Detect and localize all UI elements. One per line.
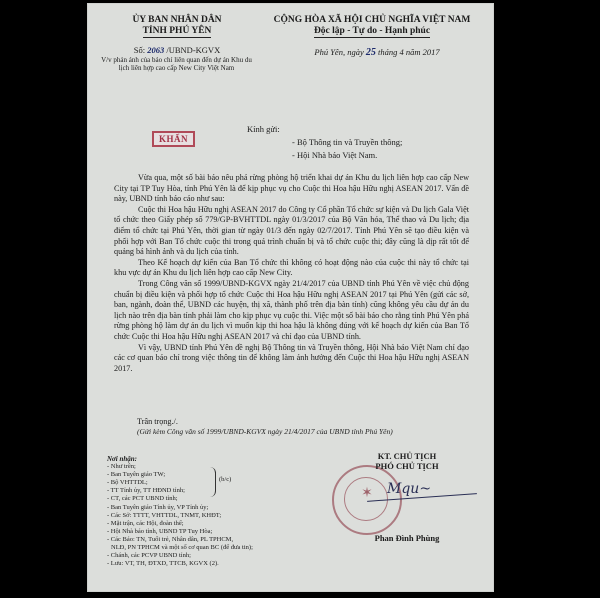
signature-title-1: KT. CHỦ TỊCH [332, 451, 482, 461]
doc-number-prefix: Số: [134, 45, 145, 55]
addressee-label: Kính gửi: [247, 124, 280, 134]
recipient-item: - Như trên; [107, 463, 253, 471]
signature-block: KT. CHỦ TỊCH PHÓ CHỦ TỊCH [332, 451, 482, 471]
closing-text: Trân trọng./. [137, 417, 178, 426]
doc-number-suffix: /UBND-KGVX [166, 45, 220, 55]
bracket-icon [209, 467, 216, 497]
document-body: Vừa qua, một số bài báo nêu phá rừng phò… [114, 173, 469, 374]
agency-line2: TỈNH PHÚ YÊN [143, 26, 212, 38]
body-paragraph: Vì vậy, UBND tỉnh Phú Yên đề nghị Bộ Thô… [114, 343, 469, 375]
date-day-handwritten: 25 [366, 47, 376, 58]
agency-line1: ỦY BAN NHÂN DÂN [87, 15, 267, 26]
body-paragraph: Trong Công văn số 1999/UBND-KGVX ngày 21… [114, 279, 469, 343]
urgent-stamp: KHẨN [152, 131, 195, 147]
document-page: ỦY BAN NHÂN DÂN TỈNH PHÚ YÊN CỘNG HÒA XÃ… [87, 3, 494, 592]
recipient-item: - TT Tỉnh ủy, TT HĐND tỉnh; [107, 487, 253, 495]
addressee-item: - Hội Nhà báo Việt Nam. [292, 149, 402, 162]
handwritten-signature-icon: Mqu~ [387, 481, 431, 497]
recipient-item: - Chánh, các PCVP UBND tỉnh; [107, 552, 253, 560]
recipient-item: - Hội Nhà báo tỉnh, UBND TP Tuy Hòa; [107, 528, 253, 536]
recipient-item: - Các Sở: TTTT, VHTTDL, TNMT, KHĐT; [107, 512, 253, 520]
date-prefix: Phú Yên, ngày [314, 47, 363, 57]
signature-title-2: PHÓ CHỦ TỊCH [332, 461, 482, 471]
recipients-list: Nơi nhận: - Như trên; - Ban Tuyên giáo T… [107, 455, 253, 568]
nation-motto: Độc lập - Tự do - Hạnh phúc [314, 26, 430, 38]
body-paragraph: Theo Kế hoạch dự kiến của Ban Tổ chức th… [114, 258, 469, 279]
nation-header: CỘNG HÒA XÃ HỘI CHỦ NGHĨA VIỆT NAM Độc l… [252, 15, 492, 38]
bracket-note: (b/c) [219, 476, 231, 483]
recipient-item: NLĐ, PN TPHCM và một số cơ quan BC (để đ… [107, 544, 253, 552]
addressee-item: - Bộ Thông tin và Truyền thông; [292, 136, 402, 149]
nation-line1: CỘNG HÒA XÃ HỘI CHỦ NGHĨA VIỆT NAM [252, 15, 492, 26]
signer-name: Phan Đình Phùng [332, 533, 482, 543]
document-number: Số: 2063 /UBND-KGVX [87, 45, 267, 55]
recipient-item: - Các Báo: TN, Tuổi trẻ, Nhân dân, PL TP… [107, 536, 253, 544]
addressee-list: - Bộ Thông tin và Truyền thông; - Hội Nh… [292, 136, 402, 162]
date-suffix: tháng 4 năm 2017 [378, 47, 440, 57]
doc-number-handwritten: 2063 [147, 45, 164, 55]
agency-header: ỦY BAN NHÂN DÂN TỈNH PHÚ YÊN [87, 15, 267, 38]
attachment-note: (Gửi kèm Công văn số 1999/UBND-KGVX ngày… [137, 427, 393, 436]
recipient-item: - Ban Tuyên giáo Tỉnh ủy, VP Tỉnh ủy; [107, 504, 253, 512]
recipient-item: - Mặt trận, các Hội, đoàn thể; [107, 520, 253, 528]
document-subject: V/v phản ánh của báo chí liên quan đến d… [99, 56, 254, 72]
recipients-title: Nơi nhận: [107, 455, 253, 463]
recipient-item: - Lưu: VT, TH, ĐTXD, TTCB, KGVX (2). [107, 560, 253, 568]
body-paragraph: Vừa qua, một số bài báo nêu phá rừng phò… [114, 173, 469, 205]
recipient-item: - CT, các PCT UBND tỉnh; [107, 495, 253, 503]
body-paragraph: Cuộc thi Hoa hậu Hữu nghị ASEAN 2017 do … [114, 205, 469, 258]
document-date: Phú Yên, ngày 25 tháng 4 năm 2017 [262, 47, 492, 58]
